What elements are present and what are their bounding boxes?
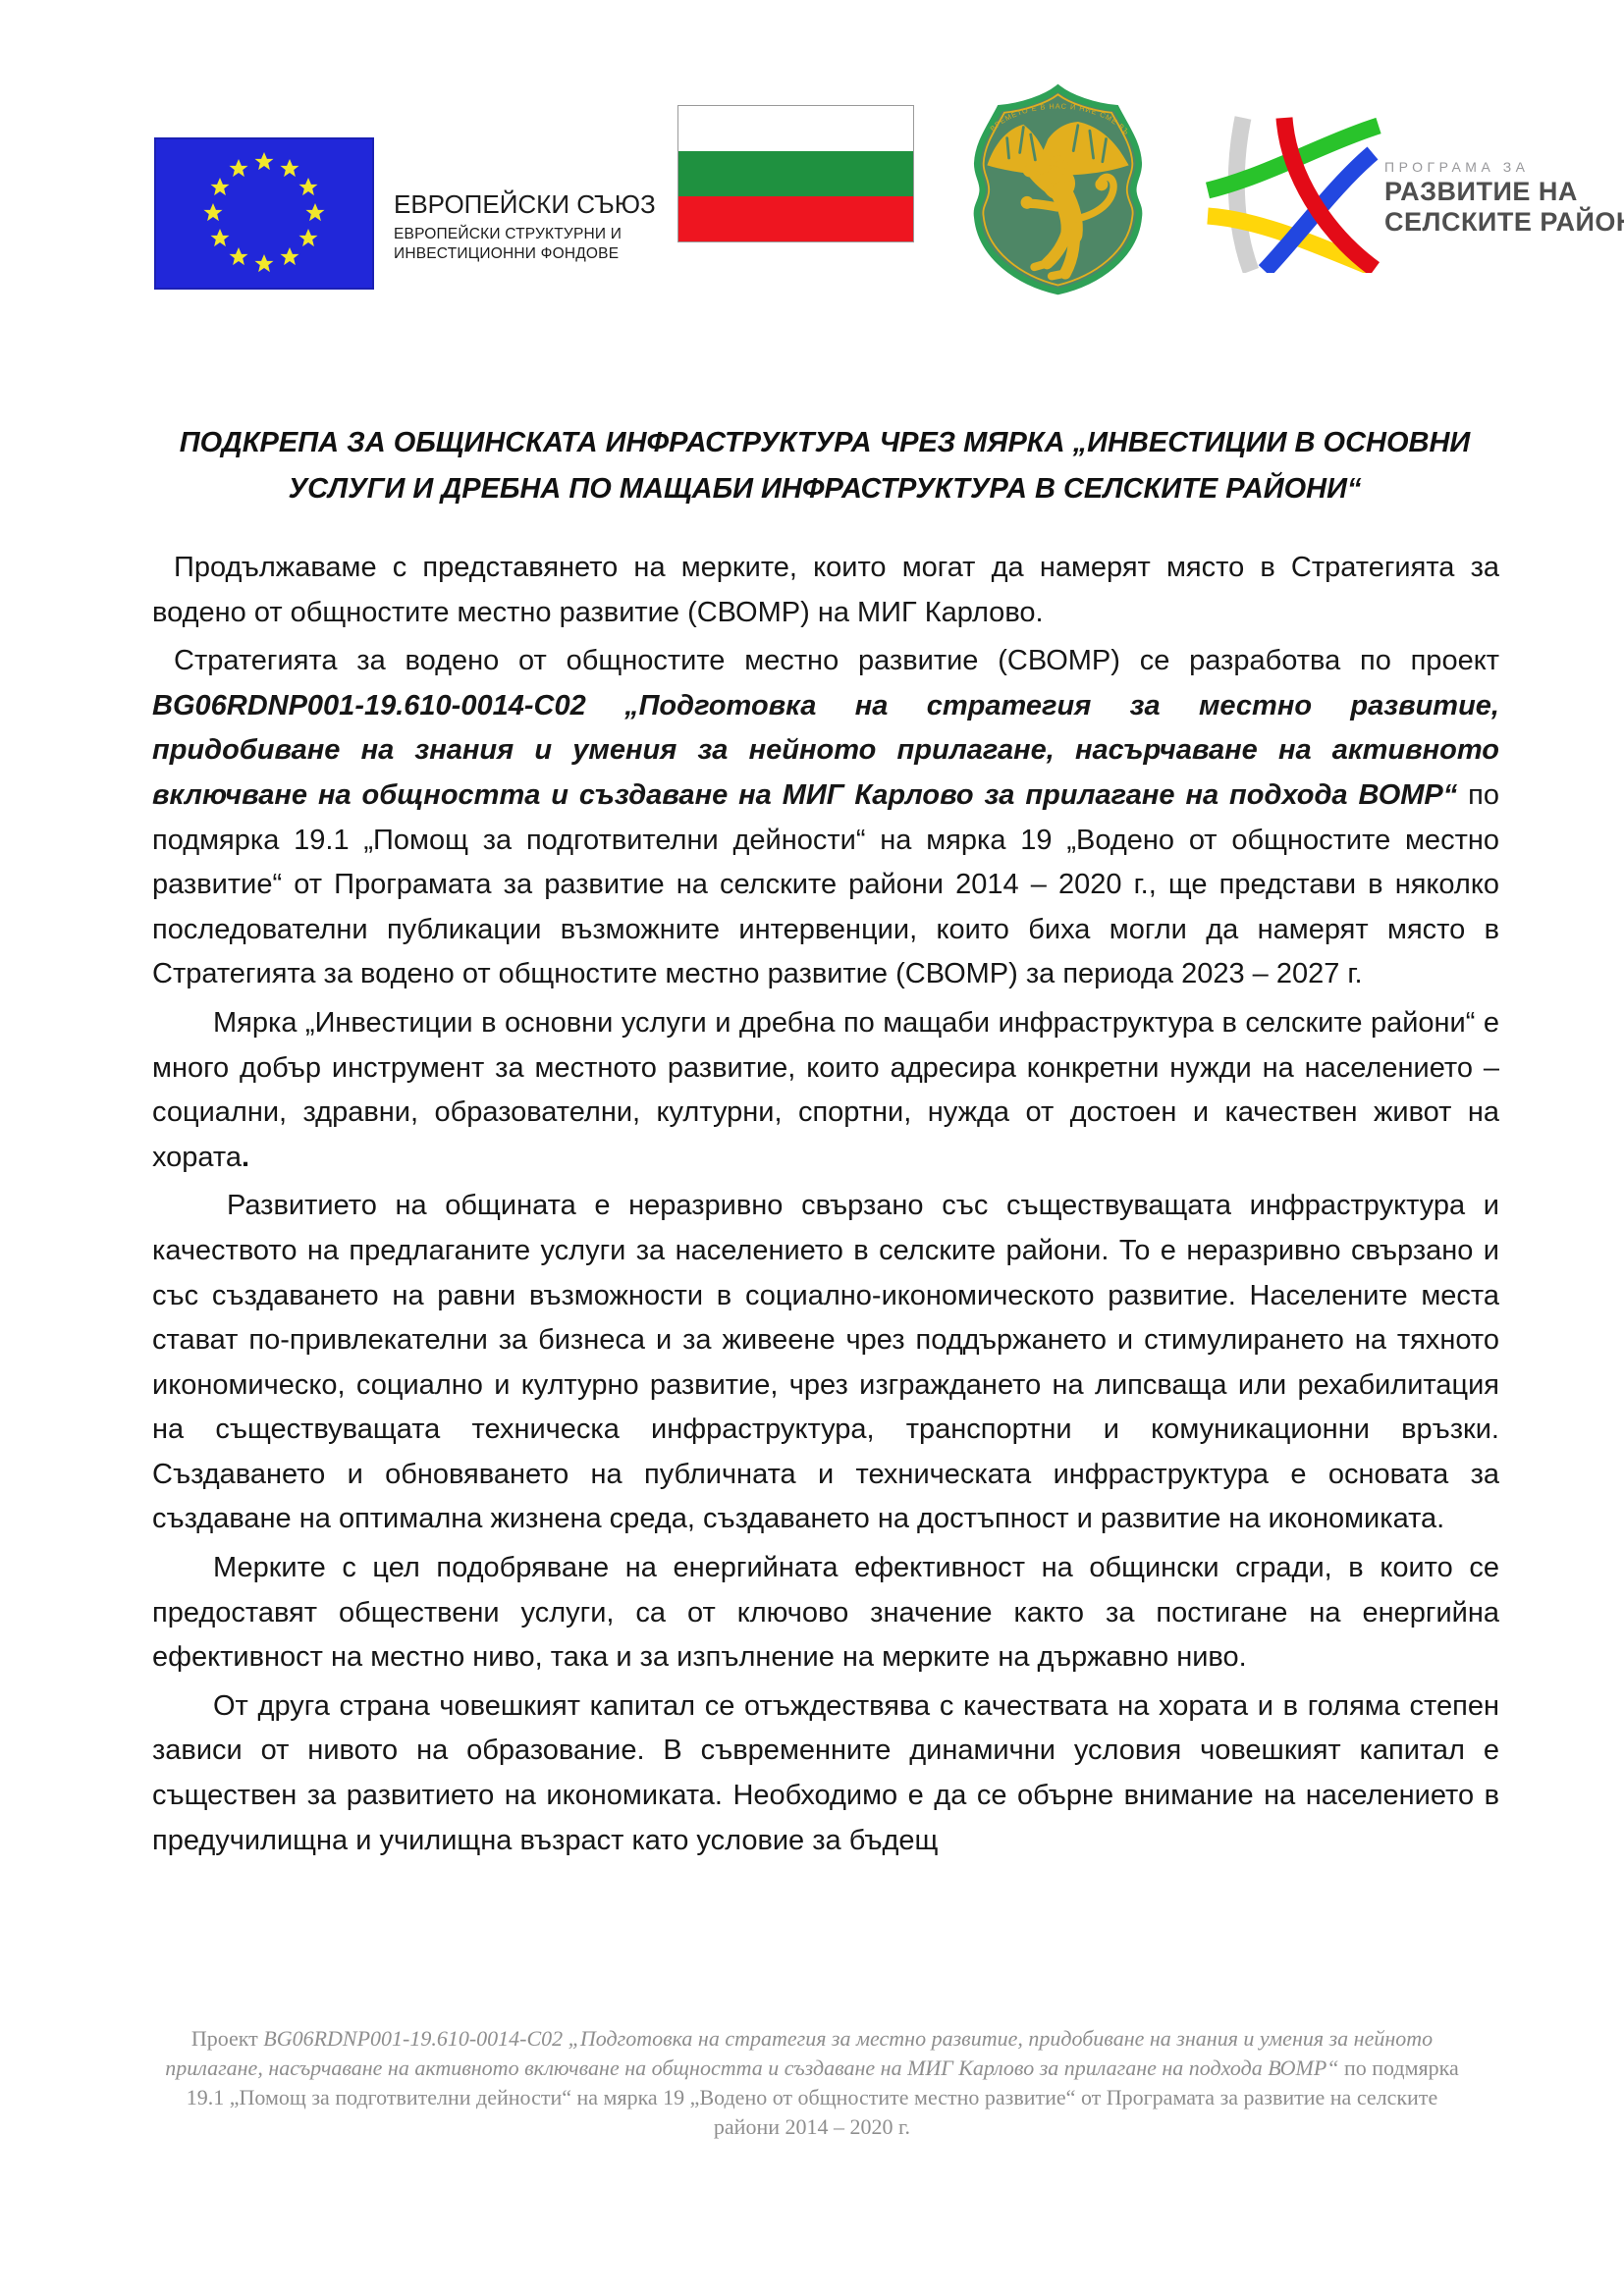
footer-project-name: BG06RDNP001-19.610-0014-C02 „Подготовка … (165, 2026, 1433, 2080)
paragraph-5: Мерките с цел подобряване на енергийната… (152, 1546, 1499, 1681)
rdp-line1: ПРОГРАМА ЗА (1384, 157, 1624, 177)
paragraph-1: Продължаваме с представянето на мерките,… (152, 546, 1499, 635)
paragraph-2-post: по подмярка 19.1 „Помощ за подготвителни… (152, 779, 1499, 989)
paragraph-2-project-name: BG06RDNP001-19.610-0014-C02 „Подготовка … (152, 690, 1499, 811)
footer-pre: Проект (191, 2026, 263, 2051)
page-title-line1: ПОДКРЕПА ЗА ОБЩИНСКАТА ИНФРАСТРУКТУРА ЧР… (147, 420, 1502, 466)
paragraph-6: От друга страна човешкият капитал се отъ… (152, 1684, 1499, 1863)
rdp-line2: РАЗВИТИЕ НА (1384, 177, 1624, 207)
paragraph-2: Стратегията за водено от общностите мест… (152, 639, 1499, 997)
paragraph-3-main: Мярка „Инвестиции в основни услуги и дре… (152, 1007, 1499, 1173)
bulgaria-flag-green-stripe (678, 151, 913, 196)
karlovo-coat-of-arms-icon: ВРЕМЕТО Е В НАС И НИЕ СМЕ ВЪВ ВРЕМЕТО (967, 77, 1149, 300)
document-page: ЕВРОПЕЙСКИ СЪЮЗ ЕВРОПЕЙСКИ СТРУКТУРНИ И … (0, 0, 1624, 2296)
page-title-line2: УСЛУГИ И ДРЕБНА ПО МАЩАБИ ИНФРАСТРУКТУРА… (147, 466, 1502, 512)
eu-logo-text: ЕВРОПЕЙСКИ СЪЮЗ ЕВРОПЕЙСКИ СТРУКТУРНИ И … (394, 189, 656, 264)
bulgaria-flag-icon (677, 105, 914, 242)
rural-development-programme-text: ПРОГРАМА ЗА РАЗВИТИЕ НА СЕЛСКИТЕ РАЙОНИ (1384, 157, 1624, 238)
eu-flag-icon (154, 137, 374, 290)
paragraph-4: Развитието на общината е неразривно свър… (152, 1184, 1499, 1542)
eu-logo-title: ЕВРОПЕЙСКИ СЪЮЗ (394, 189, 656, 219)
rural-development-programme-icon (1206, 116, 1382, 273)
bulgaria-flag-red-stripe (678, 196, 913, 241)
eu-logo-subtitle-1: ЕВРОПЕЙСКИ СТРУКТУРНИ И (394, 225, 656, 244)
rdp-line3: СЕЛСКИТЕ РАЙОНИ (1384, 207, 1624, 238)
page-title: ПОДКРЕПА ЗА ОБЩИНСКАТА ИНФРАСТРУКТУРА ЧР… (147, 420, 1502, 512)
paragraph-3: Мярка „Инвестиции в основни услуги и дре… (152, 1001, 1499, 1180)
paragraph-2-pre: Стратегията за водено от общностите мест… (174, 645, 1499, 676)
document-body: Продължаваме с представянето на мерките,… (152, 546, 1499, 1867)
page-footer: Проект BG06RDNP001-19.610-0014-C02 „Подг… (154, 2024, 1470, 2142)
eu-logo-subtitle-2: ИНВЕСТИЦИОННИ ФОНДОВЕ (394, 244, 656, 264)
bulgaria-flag-white-stripe (678, 106, 913, 151)
paragraph-3-period: . (242, 1142, 249, 1173)
